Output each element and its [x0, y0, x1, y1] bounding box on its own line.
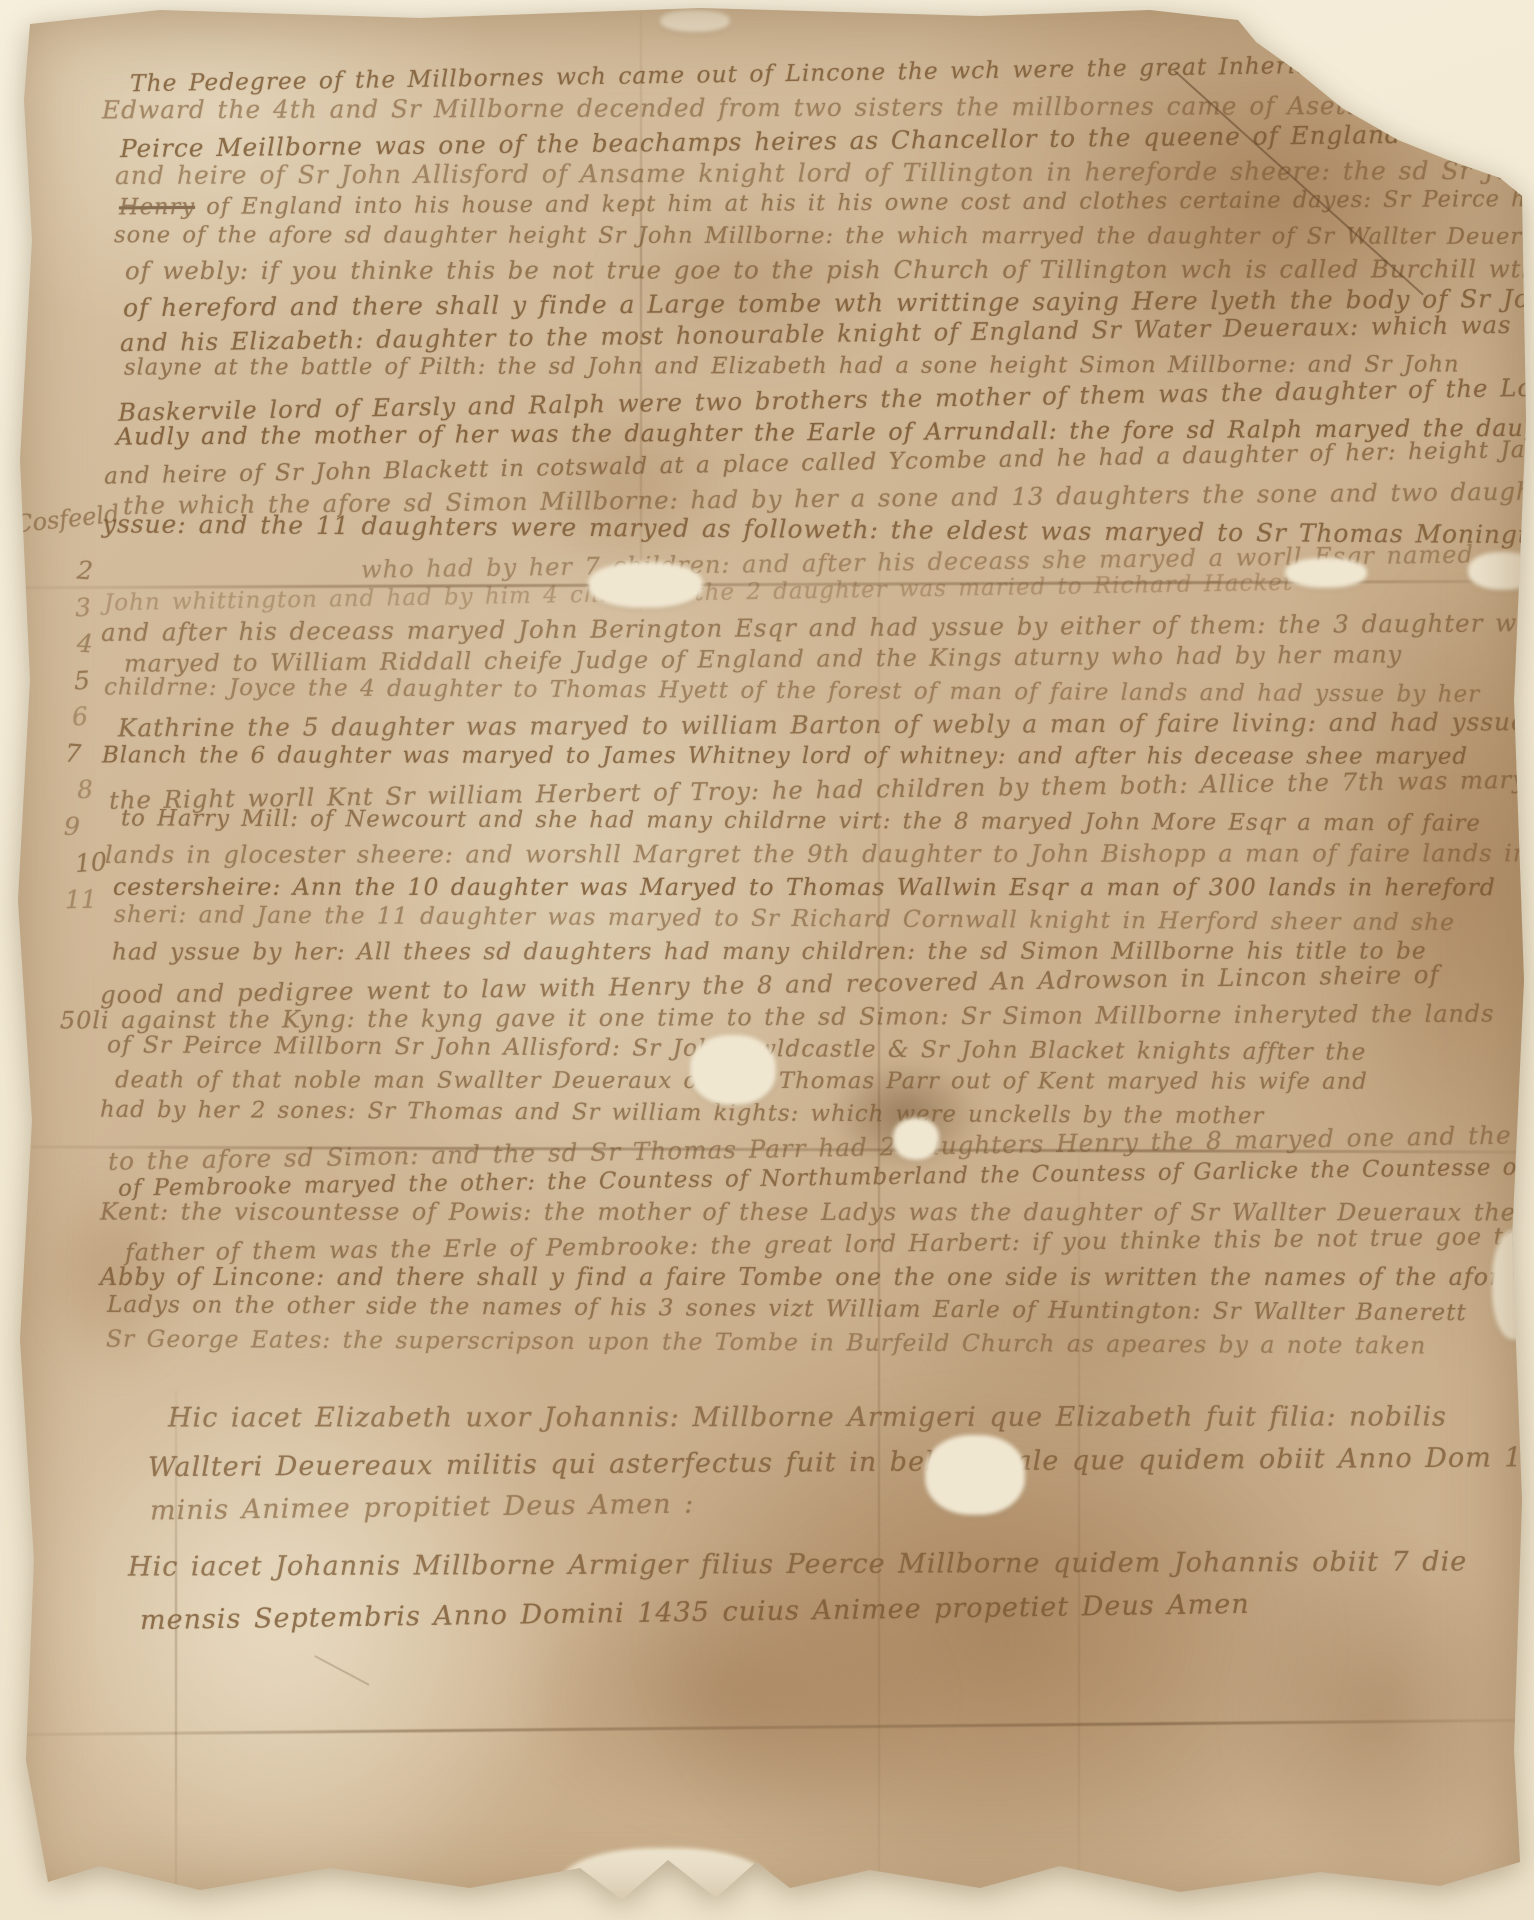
- struck-out-word: Henry: [119, 194, 195, 220]
- paper-tear: [560, 1848, 770, 1920]
- margin-number: 11: [64, 884, 96, 914]
- margin-number: 3: [74, 592, 92, 622]
- latin-line: mensis Septembris Anno Domini 1435 cuius…: [140, 1589, 1250, 1636]
- manuscript-line: had yssue by her: All thees sd daughters…: [112, 937, 1427, 965]
- manuscript-line: and heire of Sr John Allisford of Ansame…: [115, 155, 1534, 190]
- manuscript-line: lands in glocester sheere: and worshll M…: [105, 839, 1534, 869]
- manuscript-paper: Cosfeeld 234567891011 The Pedegree of th…: [0, 0, 1534, 1920]
- margin-number: 7: [64, 738, 82, 768]
- manuscript-line: childrne: Joyce the 4 daughter to Thomas…: [104, 674, 1480, 707]
- latin-line: Hic iacet Elizabeth uxor Johannis: Millb…: [168, 1401, 1447, 1433]
- manuscript-line: Kathrine the 5 daughter was maryed to wi…: [118, 707, 1534, 743]
- margin-number: 5: [73, 665, 91, 695]
- margin-number: 8: [76, 775, 93, 805]
- manuscript-line: father of them was the Erle of Pembrooke…: [125, 1221, 1534, 1266]
- manuscript-line: Ladys on the other side the names of his…: [107, 1291, 1467, 1326]
- manuscript-photo: Cosfeeld 234567891011 The Pedegree of th…: [0, 0, 1534, 1920]
- manuscript-line: sheri: and Jane the 11 daughter was mary…: [114, 901, 1455, 936]
- manuscript-line: Sr George Eates: the superscripson upon …: [106, 1324, 1426, 1359]
- manuscript-line: Edward the 4th and Sr Millborne decended…: [102, 90, 1462, 124]
- paper-tear: [1468, 552, 1534, 590]
- manuscript-line: to Harry Mill: of Newcourt and she had m…: [121, 805, 1481, 836]
- manuscript-line: maryed to William Riddall cheife Judge o…: [123, 640, 1401, 677]
- latin-line: Hic iacet Johannis Millborne Armiger fil…: [128, 1546, 1467, 1582]
- paper-tear: [893, 1118, 939, 1160]
- paper-tear: [660, 10, 730, 32]
- manuscript-line: sone of the afore sd daughter height Sr …: [114, 222, 1534, 250]
- margin-number: 9: [63, 811, 80, 841]
- paper-shadow-wrap: Cosfeeld 234567891011 The Pedegree of th…: [0, 0, 1534, 1920]
- margin-number: 4: [76, 629, 94, 659]
- margin-number: 6: [71, 701, 89, 731]
- manuscript-line: Kent: the viscountesse of Powis: the mot…: [100, 1197, 1516, 1226]
- latin-line: Wallteri Deuereaux militis qui asterfect…: [148, 1442, 1534, 1483]
- manuscript-line: slayne at the battle of Pilth: the sd Jo…: [124, 351, 1460, 380]
- paper-tear: [690, 1035, 776, 1105]
- paper-tear: [1492, 1230, 1534, 1340]
- manuscript-line: cestersheire: Ann the 10 daughter was Ma…: [113, 872, 1496, 901]
- latin-line: minis Animee propitiet Deus Amen :: [150, 1489, 695, 1527]
- manuscript-line: The Pedegree of the Millbornes wch came …: [130, 50, 1453, 98]
- manuscript-line: Abby of Lincone: and there shall y find …: [100, 1262, 1534, 1290]
- manuscript-line: had by her 2 sones: Sr Thomas and Sr wil…: [100, 1097, 1265, 1130]
- paper-tear: [925, 1435, 1025, 1515]
- margin-number: 2: [76, 555, 94, 585]
- paper-tear: [1285, 558, 1367, 588]
- manuscript-line: Blanch the 6 daughter was maryed to Jame…: [102, 742, 1468, 769]
- margin-number: 10: [74, 847, 108, 878]
- manuscript-line: of webly: if you thinke this be not true…: [124, 254, 1534, 285]
- manuscript-text: Cosfeeld 234567891011 The Pedegree of th…: [0, 0, 1534, 1920]
- paper-tear: [588, 562, 703, 608]
